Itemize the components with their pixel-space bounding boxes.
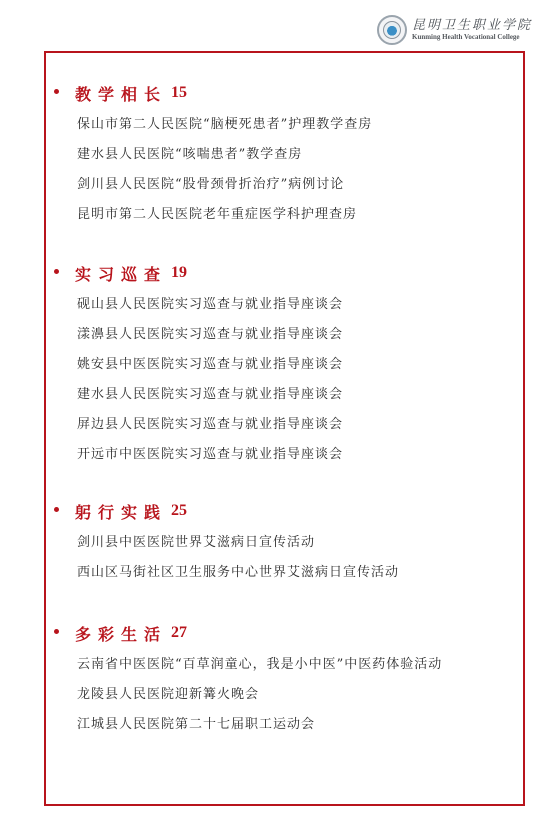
section-page-number: 19	[171, 264, 187, 282]
toc-item[interactable]: 开远市中医医院实习巡查与就业指导座谈会	[77, 440, 343, 470]
logo-chinese-name: 昆明卫生职业学院	[412, 18, 532, 33]
toc-item[interactable]: 江城县人民医院第二十七届职工运动会	[77, 710, 442, 740]
toc-item[interactable]: 龙陵县人民医院迎新篝火晚会	[77, 680, 442, 710]
section-page-number: 15	[171, 84, 187, 102]
bullet-icon	[54, 507, 59, 512]
toc-section-life: 多彩生活 27 云南省中医医院“百草润童心，我是小中医”中医药体验活动 龙陵县人…	[54, 622, 442, 740]
toc-section-internship: 实习巡查 19 砚山县人民医院实习巡查与就业指导座谈会 漾濞县人民医院实习巡查与…	[54, 262, 343, 470]
toc-item[interactable]: 西山区马街社区卫生服务中心世界艾滋病日宣传活动	[77, 558, 399, 588]
toc-item[interactable]: 姚安县中医医院实习巡查与就业指导座谈会	[77, 350, 343, 380]
section-title: 躬行实践	[75, 500, 167, 523]
section-page-number: 25	[171, 502, 187, 520]
toc-item[interactable]: 剑川县中医医院世界艾滋病日宣传活动	[77, 528, 399, 558]
toc-item[interactable]: 保山市第二人民医院“脑梗死患者”护理教学查房	[77, 110, 372, 140]
college-seal-icon	[377, 15, 407, 45]
section-title: 多彩生活	[75, 622, 167, 645]
toc-item[interactable]: 昆明市第二人民医院老年重症医学科护理查房	[77, 200, 372, 230]
section-title: 教学相长	[75, 82, 167, 105]
logo-english-name: Kunming Health Vocational College	[412, 33, 532, 42]
toc-item[interactable]: 云南省中医医院“百草润童心，我是小中医”中医药体验活动	[77, 650, 442, 680]
bullet-icon	[54, 89, 59, 94]
toc-item[interactable]: 砚山县人民医院实习巡查与就业指导座谈会	[77, 290, 343, 320]
bullet-icon	[54, 269, 59, 274]
toc-item[interactable]: 漾濞县人民医院实习巡查与就业指导座谈会	[77, 320, 343, 350]
section-page-number: 27	[171, 624, 187, 642]
college-logo: 昆明卫生职业学院 Kunming Health Vocational Colle…	[377, 15, 532, 45]
toc-section-teaching: 教学相长 15 保山市第二人民医院“脑梗死患者”护理教学查房 建水县人民医院“咳…	[54, 82, 372, 230]
section-title: 实习巡查	[75, 262, 167, 285]
bullet-icon	[54, 629, 59, 634]
toc-section-practice: 躬行实践 25 剑川县中医医院世界艾滋病日宣传活动 西山区马街社区卫生服务中心世…	[54, 500, 399, 588]
toc-item[interactable]: 屏边县人民医院实习巡查与就业指导座谈会	[77, 410, 343, 440]
toc-item[interactable]: 建水县人民医院“咳喘患者”教学查房	[77, 140, 372, 170]
toc-item[interactable]: 建水县人民医院实习巡查与就业指导座谈会	[77, 380, 343, 410]
toc-item[interactable]: 剑川县人民医院“股骨颈骨折治疗”病例讨论	[77, 170, 372, 200]
